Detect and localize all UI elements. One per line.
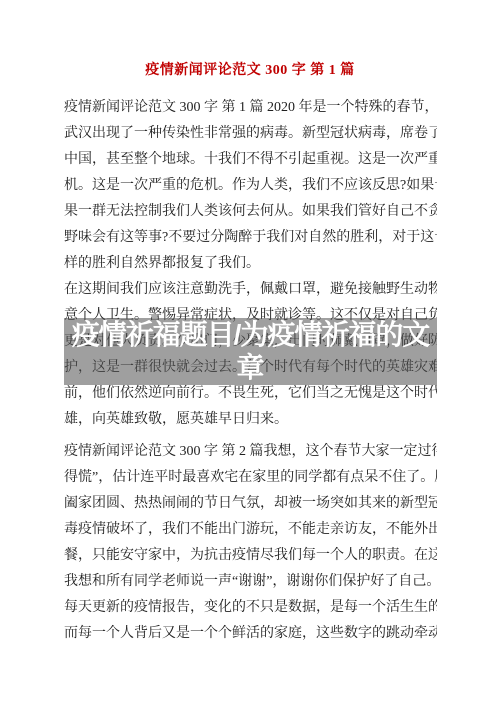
text-line: 武汉出现了一种传染性非常强的病毒。新型冠状病毒，席卷了整个 — [64, 121, 437, 147]
text-line: 野味会有这等事?不要过分陶醉于我们对自然的胜利，对于这一次这 — [64, 225, 437, 251]
text-line: 机。这是一次严重的危机。作为人类，我们不应该反思?如果一。如 — [64, 173, 437, 199]
text-line: 得慌”，估计连平时最喜欢宅在家里的同学都有点呆不住了。原本是 — [64, 465, 437, 491]
watermark-title-line1: 疫情祈福题目/为疫情祈福的文 — [64, 318, 437, 352]
text-line: 而每一个人背后又是一个个鲜活的家庭，这些数字的跳动牵动着我 — [64, 621, 437, 647]
text-line: 在这期间我们应该注意勤洗手，佩戴口罩，避免接触野生动物，注 — [64, 277, 437, 303]
watermark-overlay: 疫情祈福题目/为疫情祈福的文 章 — [64, 318, 437, 385]
watermark-title-line2: 章 — [64, 352, 437, 384]
text-line: 疫情新闻评论范文 300 字 第 2 篇我想，这个春节大家一定过得“憋 — [64, 439, 437, 465]
paragraph: 疫情新闻评论范文 300 字 第 2 篇我想，这个春节大家一定过得“憋得慌”，估… — [64, 439, 437, 647]
text-line: 疫情新闻评论范文 300 字 第 1 篇 2020 年是一个特殊的春节，因为 — [64, 95, 437, 121]
text-line: 阖家团圆、热热闹闹的节日气氛，却被一场突如其来的新型冠状病 — [64, 491, 437, 517]
text-line: 每天更新的疫情报告，变化的不只是数据，是每一个活生生的人。 — [64, 595, 437, 621]
article-heading: 疫情新闻评论范文 300 字 第 1 篇 — [0, 62, 500, 80]
paragraph: 疫情新闻评论范文 300 字 第 1 篇 2020 年是一个特殊的春节，因为武汉… — [64, 95, 437, 277]
text-line: 毒疫情破坏了，我们不能出门游玩，不能走亲访友，不能外出聚 — [64, 517, 437, 543]
text-line: 果一群无法控制我们人类该何去何从。如果我们管好自己不贪嘴吃 — [64, 199, 437, 225]
text-line: 我想和所有同学老师说一声“谢谢”，谢谢你们保护好了自己。新闻 — [64, 569, 437, 595]
text-line: 餐，只能安守家中，为抗击疫情尽我们每一个人的职责。在这里， — [64, 543, 437, 569]
document-page: 疫情新闻评论范文 300 字 第 1 篇 疫情新闻评论范文 300 字 第 1 … — [0, 0, 500, 706]
text-line: 样的胜利自然界都报复了我们。 — [64, 251, 437, 277]
text-line: 雄，向英雄致敬，愿英雄早日归来。 — [64, 407, 437, 433]
text-line: 中国，甚至整个地球。十我们不得不引起重视。这是一次严重的危 — [64, 147, 437, 173]
